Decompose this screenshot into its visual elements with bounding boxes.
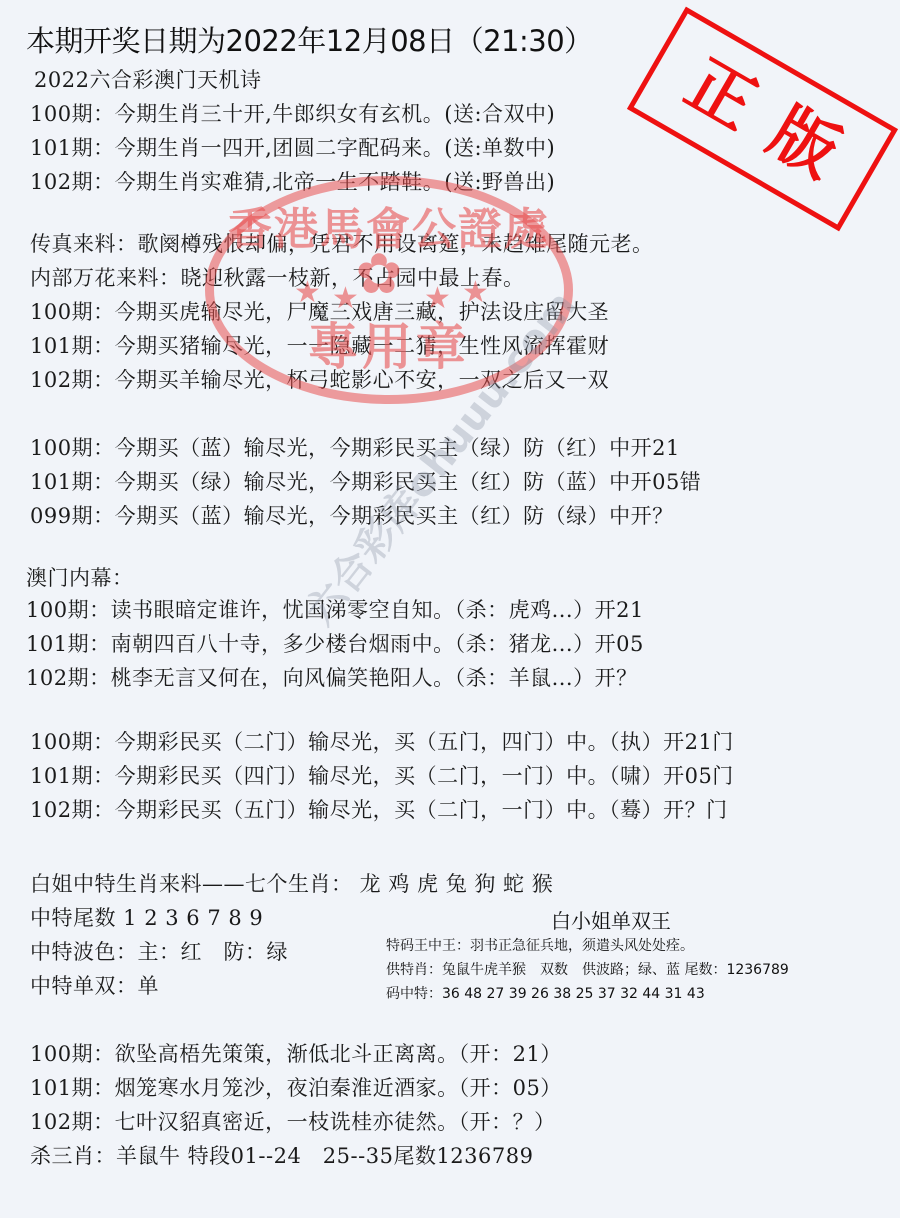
box-line: 供特肖：兔鼠牛虎羊猴 双数 供波路；绿、蓝 尾数：1236789 — [386, 958, 896, 982]
poem-line: 102期：今期生肖实难猜,北帝一生不踏鞋。(送:野兽出) — [30, 168, 555, 196]
color-line: 100期：今期买（蓝）输尽光，今期彩民买主（绿）防（红）中开21 — [30, 434, 680, 462]
zhengban-stamp: 正 版 — [627, 7, 898, 232]
page-title: 本期开奖日期为2022年12月08日（21:30） — [26, 22, 593, 60]
macau-heading: 澳门内幕： — [26, 564, 134, 592]
fax-line: 100期：今期买虎输尽光，尸魔三戏唐三藏，护法设庄留大圣 — [30, 298, 609, 326]
box-line: 码中特：36 48 27 39 26 38 25 37 32 44 31 43 — [386, 982, 896, 1006]
box-title: 白小姐单双王 — [386, 908, 896, 934]
fax-line: 101期：今期买猪输尽光，一一隐藏一二猜，生性风流挥霍财 — [30, 332, 609, 360]
gate-line: 102期：今期彩民买（五门）输尽光，买（二门，一门）中。（蓦）开？门 — [30, 796, 728, 824]
white-line: 白姐中特生肖来料——七个生肖： 龙 鸡 虎 兔 狗 蛇 猴 — [30, 870, 553, 898]
white-line: 中特波色：主：红 防：绿 — [30, 938, 288, 966]
fax-line: 传真来料：歌阕樽残恨却偏，凭君不用设离筵，未趋雉尾随元老。 — [30, 230, 654, 258]
color-line: 099期：今期买（蓝）输尽光，今期彩民买主（红）防（绿）中开？ — [30, 502, 674, 530]
final-line: 杀三肖：羊鼠牛 特段01--24 25--35尾数1236789 — [30, 1142, 533, 1170]
gate-line: 101期：今期彩民买（四门）输尽光，买（二门，一门）中。（啸）开05门 — [30, 762, 734, 790]
fax-line: 102期：今期买羊输尽光，杯弓蛇影心不安，一双之后又一双 — [30, 366, 609, 394]
final-line: 102期：七叶汉貂真密近，一枝诜桂亦徒然。（开：？） — [30, 1108, 556, 1136]
fax-line: 内部万花来料：晓迎秋露一枝新，不占园中最上春。 — [30, 264, 525, 292]
macau-line: 100期：读书眼暗定谁许，忧国涕零空自知。（杀：虎鸡...）开21 — [26, 596, 644, 624]
macau-line: 102期：桃李无言又何在，向风偏笑艳阳人。（杀：羊鼠...）开？ — [26, 664, 638, 692]
box-line: 特码王中王：羽书正急征兵地，须遣头风处处痊。 — [386, 934, 896, 958]
poem-line: 100期：今期生肖三十开,牛郎织女有玄机。(送:合双中) — [30, 100, 555, 128]
poem-line: 101期：今期生肖一四开,团圆二字配码来。(送:单数中) — [30, 134, 555, 162]
stamp-char-2: 版 — [759, 98, 849, 188]
final-line: 100期：欲坠高梧先策策，渐低北斗正离离。（开：21） — [30, 1040, 562, 1068]
poem-heading: 2022六合彩澳门天机诗 — [34, 66, 261, 94]
gate-line: 100期：今期彩民买（二门）输尽光，买（五门，四门）中。（执）开21门 — [30, 728, 734, 756]
single-double-king-box: 白小姐单双王 特码王中王：羽书正急征兵地，须遣头风处处痊。 供特肖：兔鼠牛虎羊猴… — [386, 908, 896, 1006]
stamp-char-1: 正 — [676, 50, 766, 140]
white-line: 中特单双：单 — [30, 972, 159, 1000]
color-line: 101期：今期买（绿）输尽光，今期彩民买主（红）防（蓝）中开05错 — [30, 468, 701, 496]
macau-line: 101期：南朝四百八十寺，多少楼台烟雨中。（杀：猪龙...）开05 — [26, 630, 644, 658]
white-line: 中特尾数 1 2 3 6 7 8 9 — [30, 904, 263, 932]
final-line: 101期：烟笼寒水月笼沙，夜泊秦淮近酒家。（开：05） — [30, 1074, 562, 1102]
